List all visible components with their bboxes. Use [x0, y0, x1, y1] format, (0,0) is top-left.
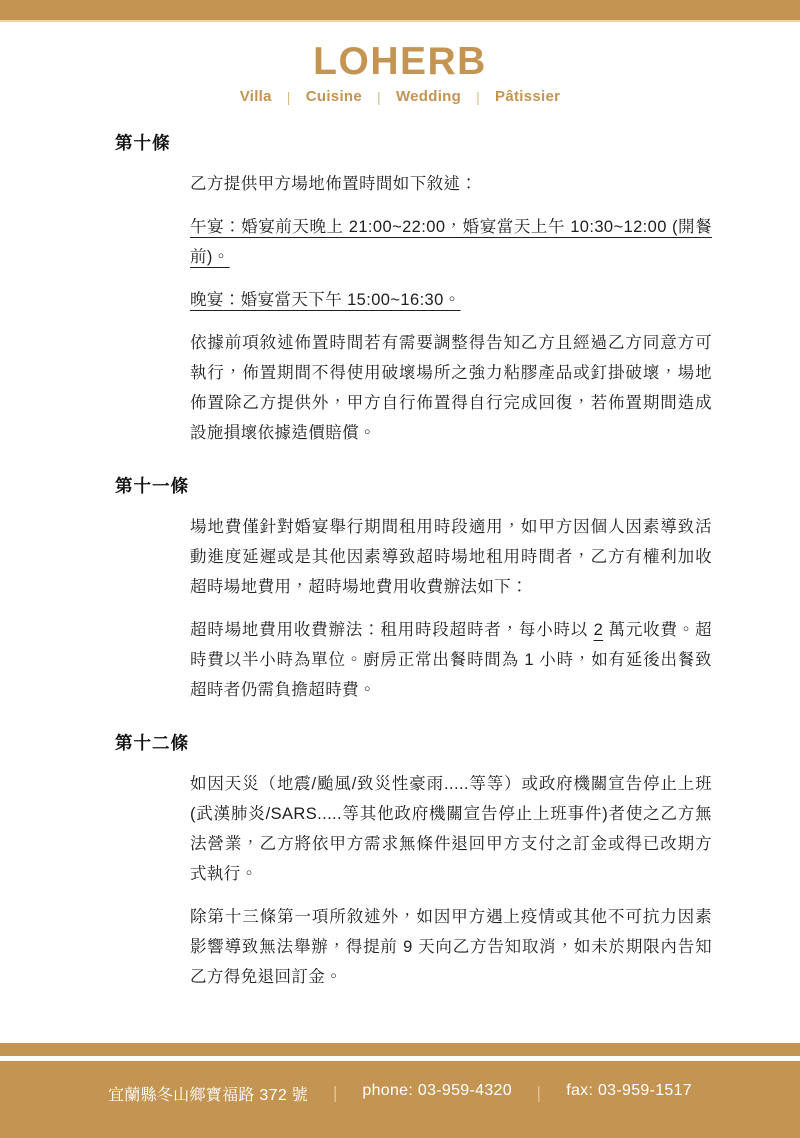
- top-gold-bar: [0, 0, 800, 20]
- contract-page: LOHERB Villa | Cuisine | Wedding | Pâtis…: [0, 0, 800, 1138]
- tagline-item-cuisine: Cuisine: [306, 88, 362, 105]
- text-run: 依據前項敘述佈置時間若有需要調整得告知乙方且經過乙方同意方可執行，佈置期間不得使…: [190, 334, 712, 442]
- brand-logo: LOHERB: [0, 42, 800, 81]
- text-run: 午宴：婚宴前天晚上 21:00~22:00，婚宴當天上午 10:30~12:00…: [190, 218, 712, 266]
- text-run: 如因天災（地震/颱風/致災性豪雨.....等等）或政府機關宣告停止上班(武漢肺炎…: [190, 775, 712, 883]
- text-run: 除第十三條第一項所敘述外，如因甲方遇上疫情或其他不可抗力因素影響導致無法舉辦，得…: [190, 908, 712, 986]
- footer-separator: ｜: [531, 1082, 547, 1105]
- contract-paragraph: 依據前項敘述佈置時間若有需要調整得告知乙方且經過乙方同意方可執行，佈置期間不得使…: [190, 328, 712, 448]
- text-run: 超時場地費用收費辦法：租用時段超時者，每小時以: [190, 621, 594, 639]
- footer-fax: fax: 03-959-1517: [566, 1082, 692, 1100]
- article-section: 第十條乙方提供甲方場地佈置時間如下敘述：午宴：婚宴前天晚上 21:00~22:0…: [115, 130, 712, 448]
- footer-phone: phone: 03-959-4320: [362, 1082, 512, 1100]
- text-run: 晚宴：婚宴當天下午 15:00~16:30。: [190, 291, 461, 309]
- footer: 宜蘭縣冬山鄉寶福路 372 號 ｜ phone: 03-959-4320 ｜ f…: [0, 1061, 800, 1138]
- tagline-item-wedding: Wedding: [396, 88, 461, 105]
- tagline-separator: |: [476, 89, 480, 105]
- text-run: 場地費僅針對婚宴舉行期間租用時段適用，如甲方因個人因素導致活動進度延遲或是其他因…: [190, 518, 712, 596]
- text-run: 乙方提供甲方場地佈置時間如下敘述：: [190, 175, 477, 193]
- article-heading: 第十條: [115, 130, 712, 155]
- tagline-item-patissier: Pâtissier: [495, 88, 560, 105]
- article-section: 第十二條如因天災（地震/颱風/致災性豪雨.....等等）或政府機關宣告停止上班(…: [115, 730, 712, 992]
- tagline-separator: |: [377, 89, 381, 105]
- article-heading: 第十二條: [115, 730, 712, 755]
- contract-body: 第十條乙方提供甲方場地佈置時間如下敘述：午宴：婚宴前天晚上 21:00~22:0…: [115, 130, 712, 992]
- top-gold-accent-line: [0, 20, 800, 22]
- footer-separator: ｜: [327, 1082, 343, 1105]
- contract-paragraph: 場地費僅針對婚宴舉行期間租用時段適用，如甲方因個人因素導致活動進度延遲或是其他因…: [190, 512, 712, 602]
- text-run: 2: [594, 621, 604, 639]
- contract-paragraph: 午宴：婚宴前天晚上 21:00~22:00，婚宴當天上午 10:30~12:00…: [190, 212, 712, 272]
- contract-paragraph: 超時場地費用收費辦法：租用時段超時者，每小時以 2 萬元收費。超時費以半小時為單…: [190, 615, 712, 705]
- article-heading: 第十一條: [115, 473, 712, 498]
- tagline-separator: |: [287, 89, 291, 105]
- contract-paragraph: 乙方提供甲方場地佈置時間如下敘述：: [190, 169, 712, 199]
- tagline-item-villa: Villa: [240, 88, 272, 105]
- contract-paragraph: 晚宴：婚宴當天下午 15:00~16:30。: [190, 285, 712, 315]
- footer-gold-stripe: [0, 1043, 800, 1056]
- contract-paragraph: 如因天災（地震/颱風/致災性豪雨.....等等）或政府機關宣告停止上班(武漢肺炎…: [190, 769, 712, 889]
- page-header: LOHERB Villa | Cuisine | Wedding | Pâtis…: [0, 42, 800, 105]
- brand-tagline: Villa | Cuisine | Wedding | Pâtissier: [0, 88, 800, 105]
- contract-paragraph: 除第十三條第一項所敘述外，如因甲方遇上疫情或其他不可抗力因素影響導致無法舉辦，得…: [190, 902, 712, 992]
- footer-address: 宜蘭縣冬山鄉寶福路 372 號: [108, 1082, 308, 1105]
- article-section: 第十一條場地費僅針對婚宴舉行期間租用時段適用，如甲方因個人因素導致活動進度延遲或…: [115, 473, 712, 705]
